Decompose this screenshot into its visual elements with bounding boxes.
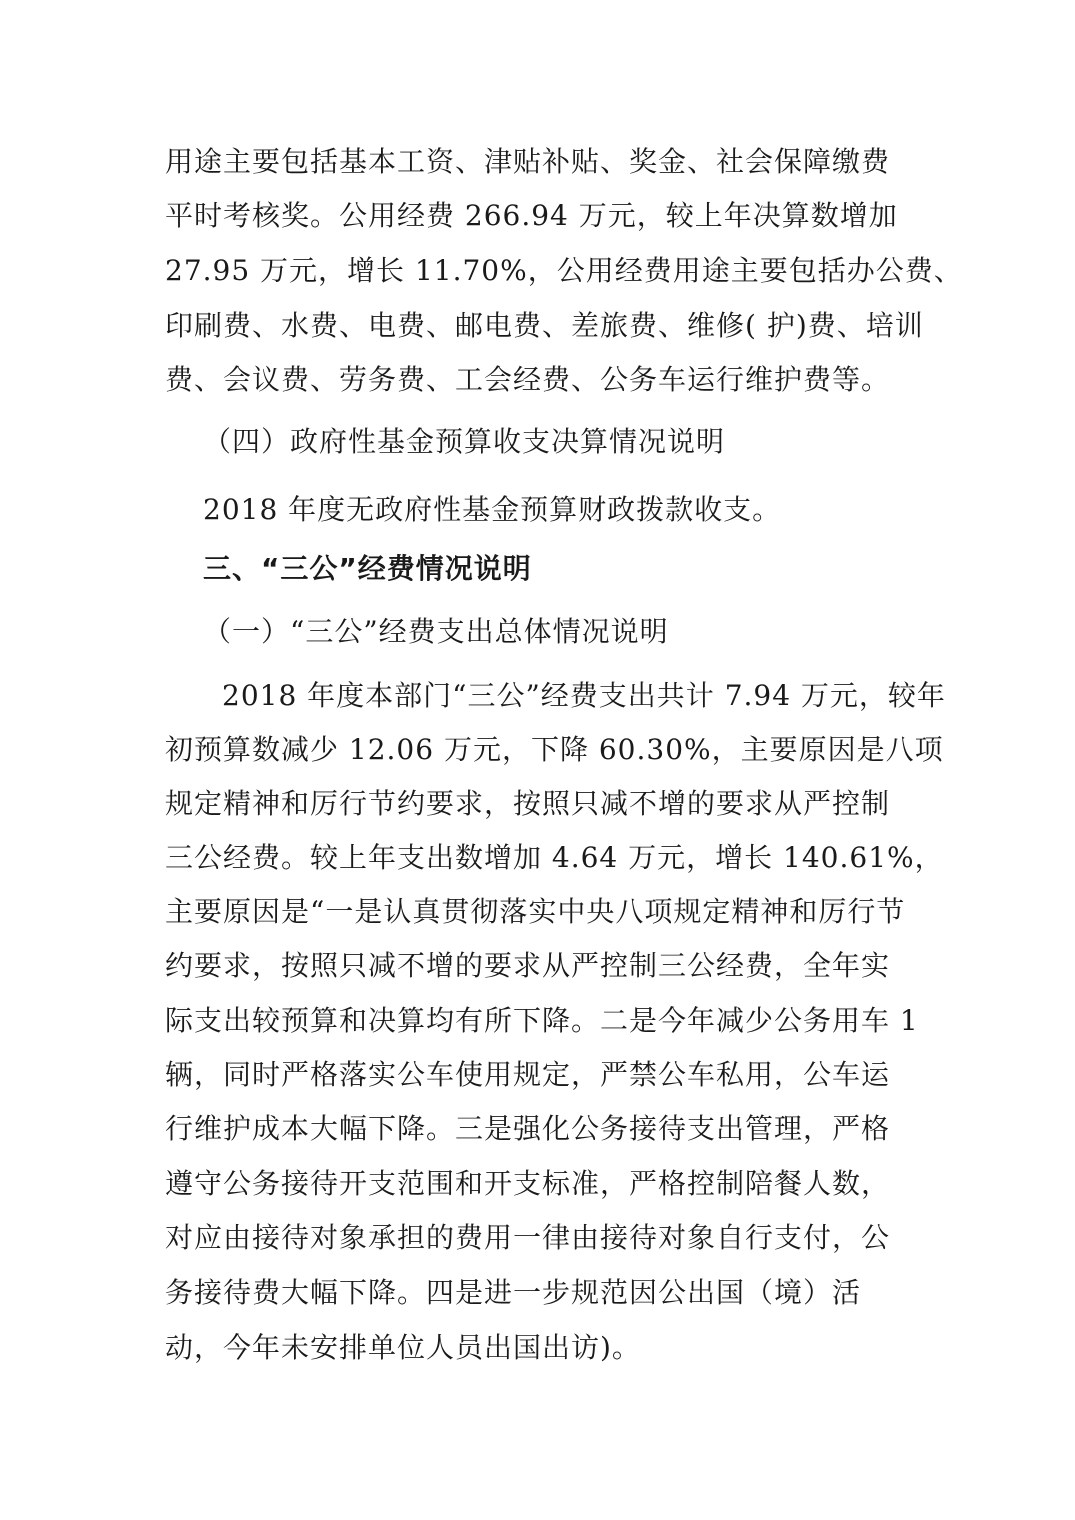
body-text-line: 动，今年未安排单位人员出国出访)。 [165,1331,641,1365]
subsection-heading-overall-expenses: （一）“三公”经费支出总体情况说明 [203,615,669,649]
body-text-line: 2018 年度本部门“三公”经费支出共计 7.94 万元，较年 [222,679,946,713]
section-heading-three-public-expenses: 三、“三公”经费情况说明 [203,552,532,586]
body-text-line: 印刷费、水费、电费、邮电费、差旅费、维修( 护)费、培训 [165,309,924,343]
body-text-line: 三公经费。较上年支出数增加 4.64 万元，增长 140.61%， [165,841,944,875]
body-text-line: 用途主要包括基本工资、津贴补贴、奖金、社会保障缴费 [165,145,890,179]
body-text-line: 遵守公务接待开支范围和开支标准，严格控制陪餐人数， [165,1167,890,1201]
body-text-line: 平时考核奖。公用经费 266.94 万元，较上年决算数增加 [165,199,898,233]
body-text-line: 初预算数减少 12.06 万元，下降 60.30%，主要原因是八项 [165,733,944,767]
body-text-line: 费、会议费、劳务费、工会经费、公务车运行维护费等。 [165,363,890,397]
body-text-line: 行维护成本大幅下降。三是强化公务接待支出管理，严格 [165,1112,890,1146]
subsection-heading-government-fund: （四）政府性基金预算收支决算情况说明 [203,425,725,459]
body-text-line: 际支出较预算和决算均有所下降。二是今年减少公务用车 1 [165,1004,919,1038]
body-text-line: 2018 年度无政府性基金预算财政拨款收支。 [203,493,781,527]
body-text-line: 约要求，按照只减不增的要求从严控制三公经费，全年实 [165,949,890,983]
body-text-line: 规定精神和厉行节约要求，按照只减不增的要求从严控制 [165,787,890,821]
body-text-line: 主要原因是“一是认真贯彻落实中央八项规定精神和厉行节 [165,895,905,929]
body-text-line: 务接待费大幅下降。四是进一步规范因公出国（境）活 [165,1276,861,1310]
body-text-line: 对应由接待对象承担的费用一律由接待对象自行支付，公 [165,1221,890,1255]
document-page: 用途主要包括基本工资、津贴补贴、奖金、社会保障缴费 平时考核奖。公用经费 266… [0,0,1075,1520]
body-text-line: 辆，同时严格落实公车使用规定，严禁公车私用，公车运 [165,1058,890,1092]
body-text-line: 27.95 万元，增长 11.70%，公用经费用途主要包括办公费、 [165,254,963,288]
